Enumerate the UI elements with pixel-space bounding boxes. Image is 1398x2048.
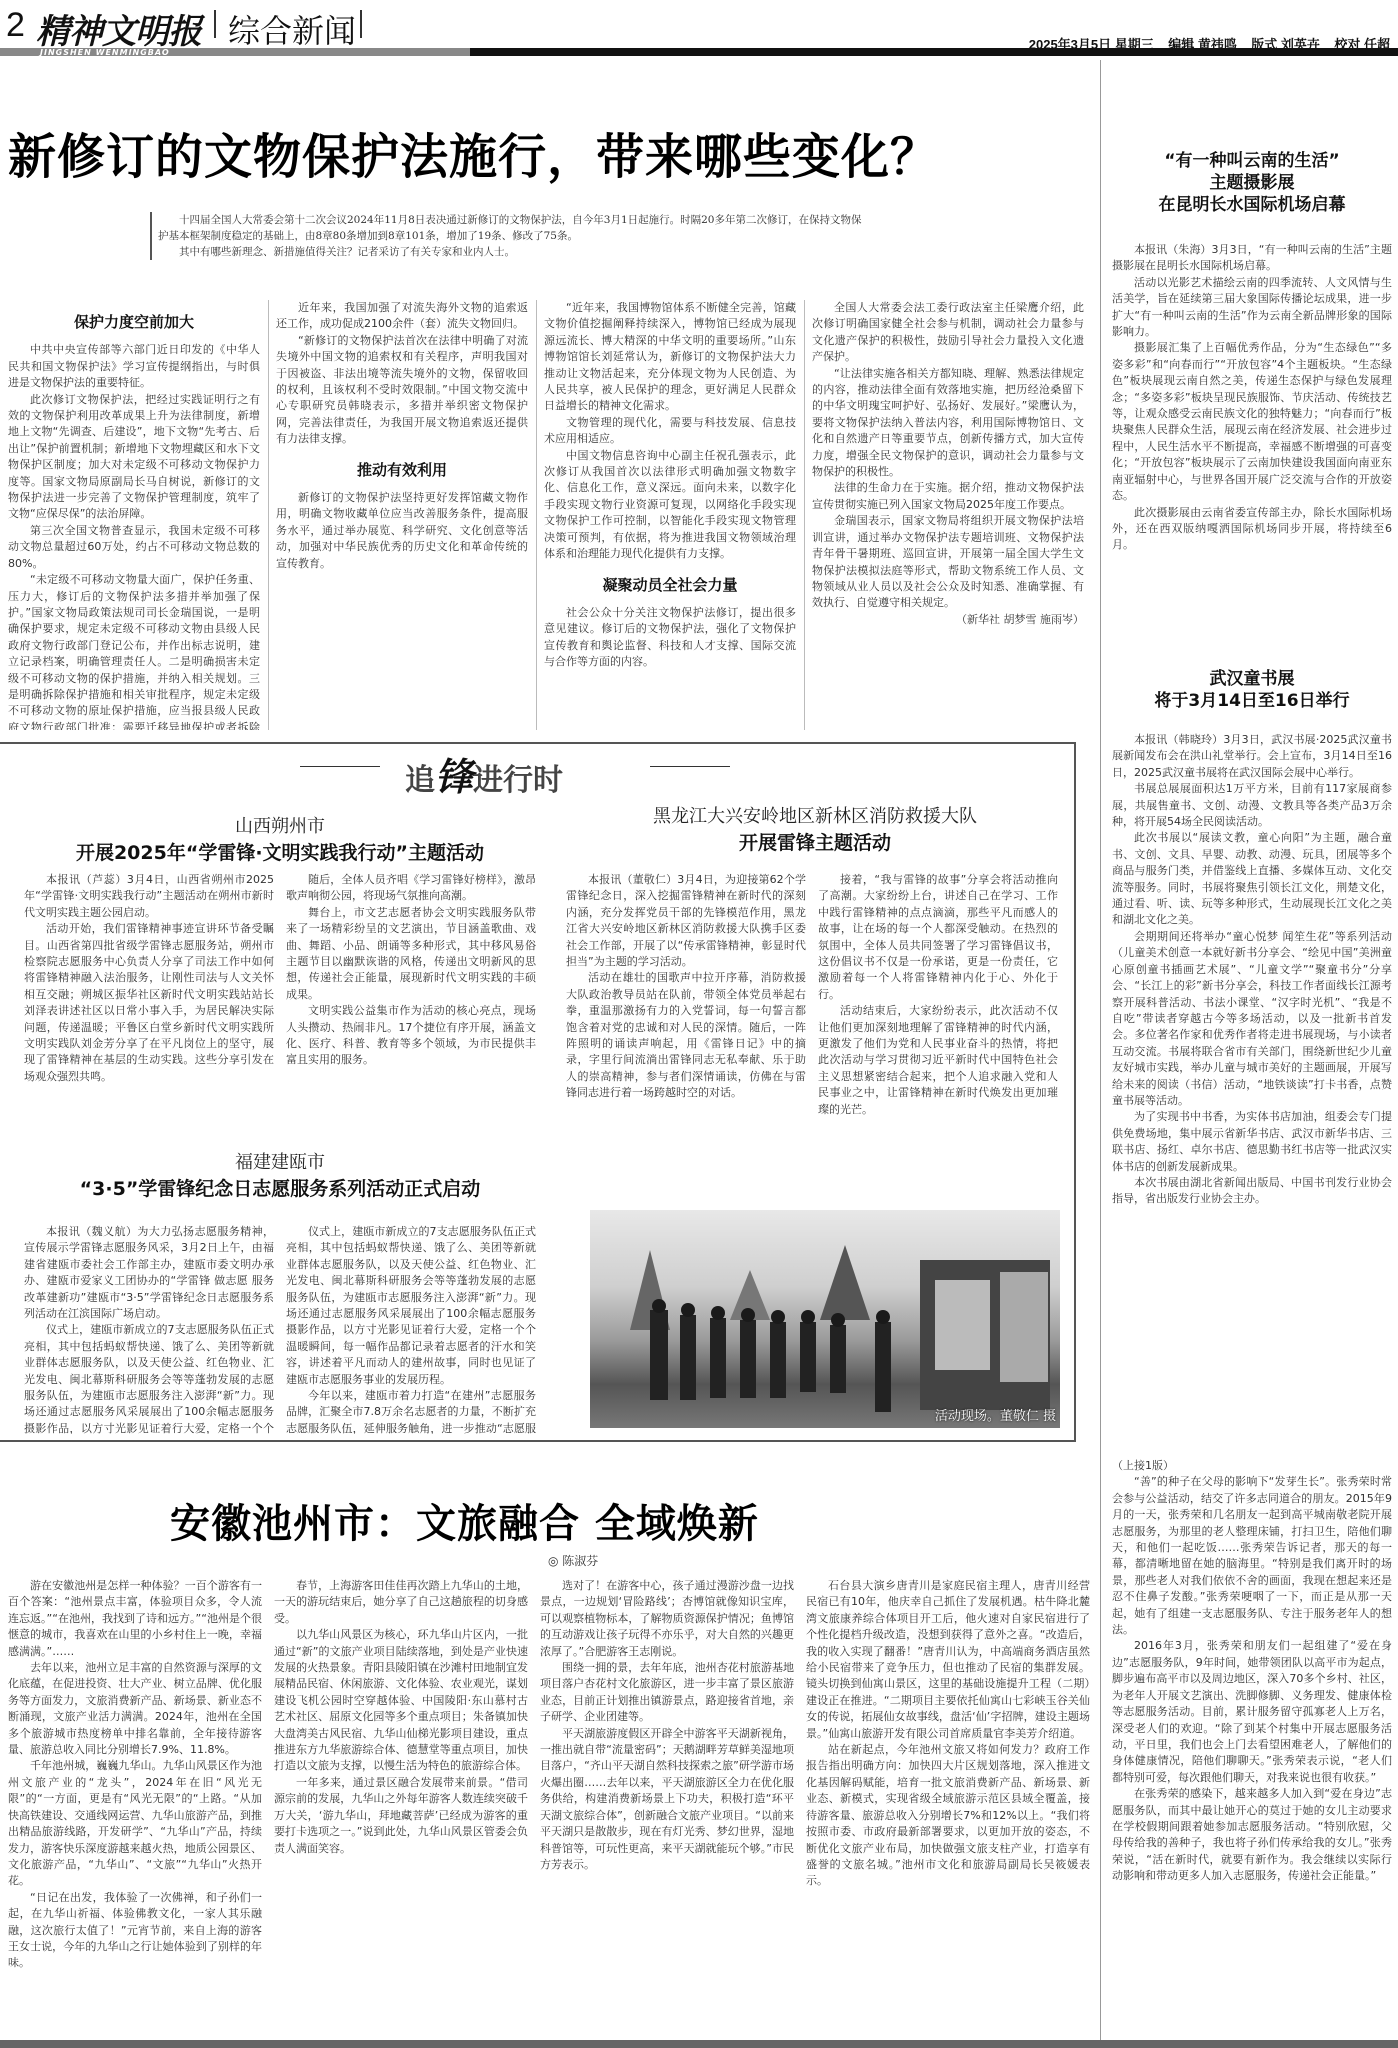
divider (214, 10, 216, 38)
paragraph: 法律的生命力在于实施。据介绍，推动文物保护法宣传贯彻实施已列入国家文物局2025… (812, 480, 1084, 513)
paragraph: 金瑞国表示，国家文物局将组织开展文物保护法培训宣讲，通过举办文物保护法专题培训班… (812, 513, 1084, 611)
paragraph: 以九华山风景区为核心，环九华山片区内，一批通过“新”的文旅产业项目陆续落地，到处… (274, 1627, 528, 1775)
anhui-byline: ◎ 陈淑芬 (548, 1552, 598, 1569)
main-headline: 新修订的文物保护法施行，带来哪些变化？ (8, 118, 939, 187)
paragraph: 摄影展汇集了上百幅优秀作品，分为“生态绿色”“多姿多彩”和“向春而行”“开放包容… (1112, 340, 1392, 504)
banner-rule (650, 766, 730, 767)
paragraph: “善”的种子在父母的影响下“发芽生长”。张秀荣时常会参与公益活动，结交了许多志同… (1112, 1474, 1392, 1638)
paragraph: 此次修订文物保护法，把经过实践证明行之有效的文物保护利用改革成果上升为法律制度，… (8, 392, 260, 523)
paragraph: 本报讯（魏义航）为大力弘扬志愿服务精神，宣传展示学雷锋志愿服务风采，3月2日上午… (24, 1224, 274, 1322)
paragraph: 新修订的文物保护法坚持更好发挥馆藏文物作用，明确文物收藏单位应当改善服务条件，提… (276, 490, 528, 572)
paragraph: 第三次全国文物普查显示，我国未定级不可移动文物总量超过60万处，约占不可移动文物… (8, 523, 260, 572)
article-credit: （新华社 胡梦雪 施雨岑） (812, 612, 1084, 628)
shanxi-title-block: 山西朔州市 开展2025年“学雷锋·文明实践我行动”主题活动 (20, 812, 540, 865)
anhui-column-2: 春节，上海游客田佳佳再次踏上九华山的土地，一天的游玩结束后，她分享了自己这趟旅程… (274, 1578, 528, 2034)
subhead-mobilization: 凝聚动员全社会力量 (544, 577, 796, 593)
paragraph: 接着，“我与雷锋的故事”分享会将活动推向了高潮。大家纷纷上台，讲述自己在学习、工… (818, 872, 1058, 1003)
paragraph: 仪式上，建瓯市新成立的7支志愿服务队伍正式亮相，其中包括蚂蚁帮快递、饿了么、美团… (286, 1224, 536, 1388)
heilongjiang-column-1: 本报讯（董敬仁）3月4日，为迎接第62个学雷锋纪念日，深入挖掘雷锋精神在新时代的… (566, 872, 806, 1172)
paragraph: 站在新起点，今年池州文旅又将如何发力？政府工作报告指出明确方向：加快四大片区规划… (806, 1742, 1090, 1890)
paragraph: 社会公众十分关注文物保护法修订，提出很多意见建议。修订后的文物保护法，强化了文物… (544, 605, 796, 671)
paragraph: 围绕一拥的景，去年年底，池州杏花村旅游基地项目落户杏花村文化旅游区，进一步丰富了… (540, 1660, 794, 1726)
paragraph: 文明实践公益集市作为活动的核心亮点，现场人头攒动、热闹非凡。17个捷位有序开展，… (286, 1003, 536, 1069)
article-column-2: 近年来，我国加强了对流失海外文物的追索返还工作，成功促成2100余件（套）流失文… (276, 300, 528, 730)
column-divider (804, 300, 805, 730)
fujian-column-2: 仪式上，建瓯市新成立的7支志愿服务队伍正式亮相，其中包括蚂蚁帮快递、饿了么、美团… (286, 1224, 536, 1434)
anhui-headline: 安徽池州市：文旅融合 全域焕新 (170, 1492, 759, 1549)
subhead-utilization: 推动有效利用 (276, 462, 528, 478)
lead-paragraph: 十四届全国人大常委会第十二次会议2024年11月8日表决通过新修订的文物保护法，… (158, 212, 870, 244)
banner-part: 进行时 (473, 763, 563, 798)
paragraph: 活动结束后，大家纷纷表示，此次活动不仅让他们更加深刻地理解了雷锋精神的时代内涵，… (818, 1003, 1058, 1118)
fujian-column-1: 本报讯（魏义航）为大力弘扬志愿服务精神，宣传展示学雷锋志愿服务风采，3月2日上午… (24, 1224, 274, 1434)
paragraph: 此次书展以“展读文教，童心向阳”为主题，融合童书、文创、文具、早婴、动教、动漫、… (1112, 830, 1392, 928)
shanxi-column-2: 随后，全体人员齐唱《学习雷锋好榜样》，激昂歌声响彻公园，将现场气氛推向高潮。 舞… (286, 872, 536, 1172)
fujian-place: 福建建瓯市 (20, 1148, 540, 1174)
column-divider (536, 300, 537, 730)
photo-caption: 活动现场。董敬仁 摄 (935, 1405, 1056, 1424)
photo-scene-icon (590, 1210, 1060, 1428)
wuhan-title-line: 将于3月14日至16日举行 (1112, 690, 1392, 712)
paragraph: “新修订的文物保护法首次在法律中明确了对流失境外中国文物的追索权和有关程序，声明… (276, 333, 528, 448)
paragraph: 舞台上，市文艺志愿者协会文明实践服务队带来了一场精彩纷呈的文艺演出，节目涵盖歌曲… (286, 905, 536, 1003)
fujian-title-block: 福建建瓯市 “3·5”学雷锋纪念日志愿服务系列活动正式启动 (20, 1148, 540, 1201)
shanxi-column-1: 本报讯（芦蕊）3月4日，山西省朔州市2025年“学雷锋·文明实践我行动”主题活动… (24, 872, 274, 1172)
paragraph: 会期期间还将举办“童心悦梦 闻笙生花”等系列活动（儿童美术创意一本就好新书分享会… (1112, 929, 1392, 1109)
shanxi-title: 开展2025年“学雷锋·文明实践我行动”主题活动 (20, 838, 540, 865)
yunnan-title-line: 主题摄影展 (1112, 172, 1392, 194)
paragraph: “近年来，我国博物馆体系不断健全完善，馆藏文物价值挖掘阐释持续深入，博物馆已经成… (544, 300, 796, 415)
shanxi-place: 山西朔州市 (20, 812, 540, 838)
heilongjiang-place: 黑龙江大兴安岭地区新林区消防救援大队 (560, 802, 1070, 828)
wuhan-story: 武汉童书展 将于3月14日至16日举行 本报讯（韩晓玲）3月3日，武汉书展·20… (1112, 668, 1392, 1422)
divider (360, 10, 362, 38)
fujian-title: “3·5”学雷锋纪念日志愿服务系列活动正式启动 (20, 1174, 540, 1201)
footer-rule (0, 2040, 1398, 2048)
event-photo: 活动现场。董敬仁 摄 (590, 1210, 1060, 1428)
article-column-3: “近年来，我国博物馆体系不断健全完善，馆藏文物价值挖掘阐释持续深入，博物馆已经成… (544, 300, 796, 730)
article-column-4: 全国人大常委会法工委行政法室主任梁鹰介绍，此次修订明确国家健全社会参与机制，调动… (812, 300, 1084, 730)
paragraph: 一年多来，通过景区融合发展带来前景。“借司源宗前的发展，九华山之外每年游客人数连… (274, 1775, 528, 1857)
anhui-column-1: 游在安徽池州是怎样一种体验？一百个游客有一百个答案：“池州景点丰富，体验项目众多… (8, 1578, 262, 2034)
heilongjiang-title-block: 黑龙江大兴安岭地区新林区消防救援大队 开展雷锋主题活动 (560, 802, 1070, 855)
paragraph: 中共中央宣传部等六部门近日印发的《中华人民共和国文物保护法》学习宣传提纲指出，与… (8, 342, 260, 391)
newspaper-logo: 精神文明报 (36, 4, 201, 53)
subhead-protection: 保护力度空前加大 (8, 314, 260, 330)
yunnan-body: 本报讯（朱海）3月3日，“有一种叫云南的生活”主题摄影展在昆明长水国际机场启幕。… (1112, 242, 1392, 682)
banner-part: 追 (405, 763, 435, 798)
paragraph: 随后，全体人员齐唱《学习雷锋好榜样》，激昂歌声响彻公园，将现场气氛推向高潮。 (286, 872, 536, 905)
paragraph: “未定级不可移动文物量大面广，保护任务重、压力大，修订后的文物保护法多措并举加强… (8, 572, 260, 730)
wuhan-title-line: 武汉童书展 (1112, 668, 1392, 690)
banner-part: 锋 (435, 754, 473, 799)
paragraph: 本报讯（韩晓玲）3月3日，武汉书展·2025武汉童书展新闻发布会在洪山礼堂举行。… (1112, 732, 1392, 781)
sidebar-divider (1100, 60, 1101, 2040)
yunnan-story: “有一种叫云南的生活” 主题摄影展 在昆明长水国际机场启幕 本报讯（朱海）3月3… (1112, 150, 1392, 682)
paragraph: 本次书展由湖北省新闻出版局、中国书刊发行业协会指导，省出版发行业协会主办。 (1112, 1175, 1392, 1208)
paragraph: 中国文物信息咨询中心副主任祝孔强表示，此次修订从我国首次以法律形式明确加强文物数… (544, 448, 796, 563)
paragraph: 2016年3月，张秀荣和朋友们一起组建了“爱在身边”志愿服务队，9年时间，她带领… (1112, 1638, 1392, 1786)
yunnan-title-line: 在昆明长水国际机场启幕 (1112, 194, 1392, 216)
article-lead: 十四届全国人大常委会第十二次会议2024年11月8日表决通过新修订的文物保护法，… (150, 212, 870, 260)
paragraph: 近年来，我国加强了对流失海外文物的追索返还工作，成功促成2100余件（套）流失文… (276, 300, 528, 333)
wuhan-body: 本报讯（韩晓玲）3月3日，武汉书展·2025武汉童书展新闻发布会在洪山礼堂举行。… (1112, 732, 1392, 1422)
paragraph: 在张秀荣的感染下，越来越多人加入到“爱在身边”志愿服务队，而其中最让她开心的莫过… (1112, 1786, 1392, 1884)
paragraph: 此次摄影展由云南省委宣传部主办，除长水国际机场外，还在西双版纳嘎洒国际机场同步开… (1112, 505, 1392, 554)
column-divider (268, 300, 269, 730)
paragraph: 全国人大常委会法工委行政法室主任梁鹰介绍，此次修订明确国家健全社会参与机制，调动… (812, 300, 1084, 366)
paragraph: 千年池州城，巍巍九华山。九华山风景区作为池州文旅产业的“龙头”，2024年在旧“… (8, 1758, 262, 1889)
paragraph: 去年以来，池州立足丰富的自然资源与深厚的文化底蕴，在促进投资、壮大产业、树立品牌… (8, 1660, 262, 1758)
paragraph: 为了实现书中书香，为实体书店加油，组委会专门提供免费场地，集中展示省新华书店、武… (1112, 1109, 1392, 1175)
paragraph: 文物管理的现代化，需要与科技发展、信息技术应用相适应。 (544, 415, 796, 448)
paragraph: 石台县大演乡唐青川是家庭民宿主理人，唐青川经营民宿已有10年，他庆幸自己抓住了发… (806, 1578, 1090, 1742)
continued-story: （上接1版） “善”的种子在父母的影响下“发芽生长”。张秀荣时常会参与公益活动，… (1112, 1458, 1392, 2038)
continued-label: （上接1版） (1112, 1458, 1392, 1474)
paragraph: 活动开始，我们雷锋精神事迹宣讲环节备受瞩目。山西省第四批省级学雷锋志愿服务站，朔… (24, 921, 274, 1085)
section-title: 综合新闻 (228, 6, 356, 52)
paragraph: 本报讯（朱海）3月3日，“有一种叫云南的生活”主题摄影展在昆明长水国际机场启幕。 (1112, 242, 1392, 275)
anhui-column-4: 石台县大演乡唐青川是家庭民宿主理人，唐青川经营民宿已有10年，他庆幸自己抓住了发… (806, 1578, 1090, 2034)
paper-pinyin: JINGSHEN WENMINGBAO (40, 48, 170, 57)
article-column-1: 保护力度空前加大 中共中央宣传部等六部门近日印发的《中华人民共和国文物保护法》学… (8, 300, 260, 730)
paragraph: 活动在雄壮的国歌声中拉开序幕，消防救援大队政治教导员站在队前，带领全体党员举起右… (566, 970, 806, 1101)
yunnan-title-line: “有一种叫云南的生活” (1112, 150, 1392, 172)
paragraph: “让法律实施各相关方都知晓、理解、熟悉法律规定的内容，推动法律全面有效落地实施，… (812, 366, 1084, 481)
paragraph: “日记在出发，我体验了一次佛禅，和子孙们一起，在九华山祈福、体验佛教文化，一家人… (8, 1890, 262, 1972)
paragraph: 仪式上，建瓯市新成立的7支志愿服务队伍正式亮相，其中包括蚂蚁帮快递、饿了么、美团… (24, 1322, 274, 1434)
feature-banner: 追锋进行时 (405, 746, 563, 801)
anhui-column-3: 选对了！在游客中心，孩子通过漫游沙盘一边找景点，一边规划‘冒险路线’；杏博馆就像… (540, 1578, 794, 2034)
page-number: 2 (6, 6, 25, 45)
heilongjiang-title: 开展雷锋主题活动 (560, 828, 1070, 855)
paragraph: 今年以来，建瓯市着力打造“在建州”志愿服务品牌，汇聚全市7.8万余名志愿者的力量… (286, 1388, 536, 1434)
masthead: 2 精神文明报 综合新闻 2025年3月5日 星期三 编辑 黄祎鸣 版式 刘英卉… (0, 0, 1398, 56)
paragraph: 本报讯（董敬仁）3月4日，为迎接第62个学雷锋纪念日，深入挖掘雷锋精神在新时代的… (566, 872, 806, 970)
lead-paragraph: 其中有哪些新理念、新措施值得关注？记者采访了有关专家和业内人士。 (158, 244, 870, 260)
paragraph: 书展总展展面积达1万平方米，目前有117家展商参展，共展售童书、文创、动漫、文教… (1112, 781, 1392, 830)
heilongjiang-column-2: 接着，“我与雷锋的故事”分享会将活动推向了高潮。大家纷纷上台，讲述自己在学习、工… (818, 872, 1058, 1172)
paragraph: 选对了！在游客中心，孩子通过漫游沙盘一边找景点，一边规划‘冒险路线’；杏博馆就像… (540, 1578, 794, 1660)
paragraph: 春节，上海游客田佳佳再次踏上九华山的土地，一天的游玩结束后，她分享了自己这趟旅程… (274, 1578, 528, 1627)
paragraph: 活动以光影艺术描绘云南的四季流转、人文风情与生活美学，旨在延续第三届大象国际传播… (1112, 275, 1392, 341)
paragraph: 平天湖旅游度假区开辟全中游客平天湖新视角，一推出就自带“流量密码”；天鹅湖畔芳草… (540, 1726, 794, 1874)
banner-rule (300, 766, 380, 767)
paragraph: 游在安徽池州是怎样一种体验？一百个游客有一百个答案：“池州景点丰富，体验项目众多… (8, 1578, 262, 1660)
paragraph: 本报讯（芦蕊）3月4日，山西省朔州市2025年“学雷锋·文明实践我行动”主题活动… (24, 872, 274, 921)
